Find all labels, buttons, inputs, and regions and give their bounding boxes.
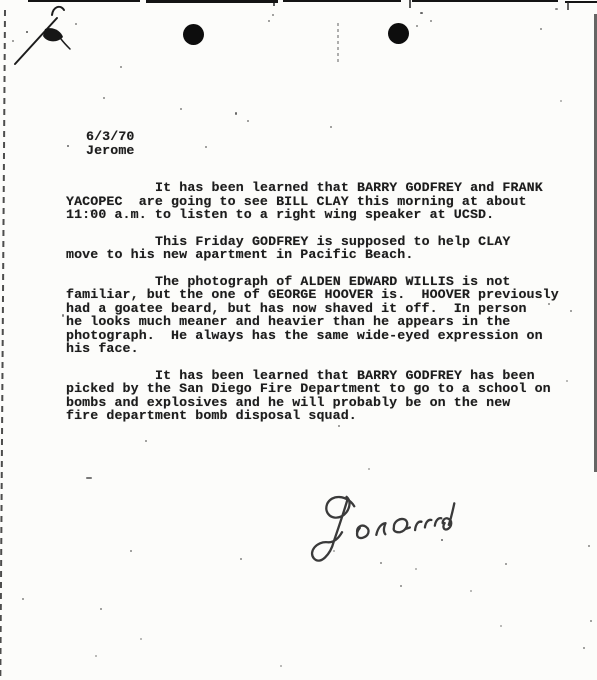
- noise-speck: [268, 20, 270, 22]
- memo-line: The photograph of ALDEN EDWARD WILLIS is…: [66, 275, 597, 289]
- noise-speck: [420, 12, 423, 14]
- memo-line: 11:00 a.m. to listen to a right wing spe…: [66, 208, 597, 222]
- pen-arrow-mark: [0, 0, 100, 80]
- noise-speck: [330, 126, 332, 128]
- noise-speck: [380, 562, 382, 564]
- memo-header: 6/3/70 Jerome: [86, 130, 597, 157]
- noise-speck: [22, 598, 24, 600]
- noise-speck: [12, 40, 14, 42]
- paragraph: It has been learned that BARRY GODFREY a…: [66, 181, 597, 222]
- memo-author: Jerome: [86, 144, 597, 158]
- noise-speck: [180, 108, 182, 110]
- scan-edge-top: [412, 0, 558, 2]
- noise-speck: [548, 303, 550, 305]
- noise-speck: [67, 145, 69, 147]
- noise-speck: [26, 31, 28, 33]
- memo-line: It has been learned that BARRY GODFREY h…: [66, 369, 597, 383]
- noise-speck: [86, 477, 92, 479]
- scan-edge-left: [0, 10, 6, 678]
- memo-line: had a goatee beard, but has now shaved i…: [66, 302, 597, 316]
- noise-speck: [540, 28, 542, 30]
- noise-speck: [570, 310, 572, 312]
- noise-speck: [441, 539, 443, 541]
- hole-punch-dot: [183, 24, 204, 45]
- noise-speck: [130, 550, 132, 552]
- memo-line: YACOPEC are going to see BILL CLAY this …: [66, 195, 597, 209]
- memo-body: 6/3/70 Jerome It has been learned that B…: [66, 130, 597, 436]
- noise-speck: [430, 20, 432, 22]
- noise-speck: [583, 647, 585, 649]
- noise-speck: [100, 608, 102, 610]
- noise-speck: [205, 322, 207, 324]
- noise-speck: [280, 665, 282, 667]
- scan-edge-tick: [409, 0, 411, 8]
- memo-line: bombs and explosives and he will probabl…: [66, 396, 597, 410]
- noise-speck: [140, 638, 142, 640]
- noise-speck: [235, 112, 237, 115]
- memo-line: photograph. He always has the same wide-…: [66, 329, 597, 343]
- noise-speck: [120, 66, 122, 68]
- memo-line: his face.: [66, 342, 597, 356]
- noise-speck: [415, 568, 417, 570]
- noise-speck: [416, 25, 418, 27]
- memo-line: It has been learned that BARRY GODFREY a…: [66, 181, 597, 195]
- memo-line: picked by the San Diego Fire Department …: [66, 382, 597, 396]
- noise-speck: [90, 210, 92, 212]
- noise-speck: [470, 590, 472, 592]
- noise-speck: [500, 625, 502, 627]
- memo-line: he looks much meaner and heavier than he…: [66, 315, 597, 329]
- memo-line: fire department bomb disposal squad.: [66, 409, 597, 423]
- noise-speck: [95, 655, 97, 657]
- noise-speck: [505, 563, 507, 565]
- noise-speck: [333, 550, 335, 552]
- noise-speck: [368, 468, 370, 470]
- noise-speck: [205, 146, 207, 148]
- noise-speck: [240, 558, 242, 560]
- noise-speck: [400, 585, 402, 587]
- memo-line: move to his new apartment in Pacific Bea…: [66, 248, 597, 262]
- document-page: 6/3/70 Jerome It has been learned that B…: [0, 0, 597, 680]
- noise-speck: [555, 8, 558, 10]
- paragraph: This Friday GODFREY is supposed to help …: [66, 235, 597, 262]
- signature-jerome: [285, 477, 463, 584]
- noise-speck: [588, 545, 590, 547]
- memo-date: 6/3/70: [86, 130, 597, 144]
- memo-line: This Friday GODFREY is supposed to help …: [66, 235, 597, 249]
- paragraph: It has been learned that BARRY GODFREY h…: [66, 369, 597, 423]
- fold-mark: [337, 23, 339, 63]
- memo-line: familiar, but the one of GEORGE HOOVER i…: [66, 288, 597, 302]
- noise-speck: [103, 97, 105, 99]
- paragraph: The photograph of ALDEN EDWARD WILLIS is…: [66, 275, 597, 356]
- noise-speck: [75, 23, 77, 25]
- noise-speck: [567, 2, 569, 10]
- hole-punch-dot: [388, 23, 409, 44]
- noise-speck: [247, 120, 249, 122]
- scan-edge-top: [283, 0, 401, 2]
- noise-speck: [62, 314, 64, 317]
- noise-speck: [338, 425, 340, 427]
- scan-edge-tick: [273, 0, 275, 6]
- noise-speck: [566, 380, 568, 382]
- noise-speck: [560, 100, 562, 102]
- noise-speck: [590, 620, 592, 622]
- noise-speck: [145, 440, 147, 442]
- noise-speck: [420, 521, 422, 523]
- scan-edge-top: [565, 1, 597, 3]
- scan-edge-top: [146, 0, 278, 3]
- noise-speck: [272, 14, 274, 16]
